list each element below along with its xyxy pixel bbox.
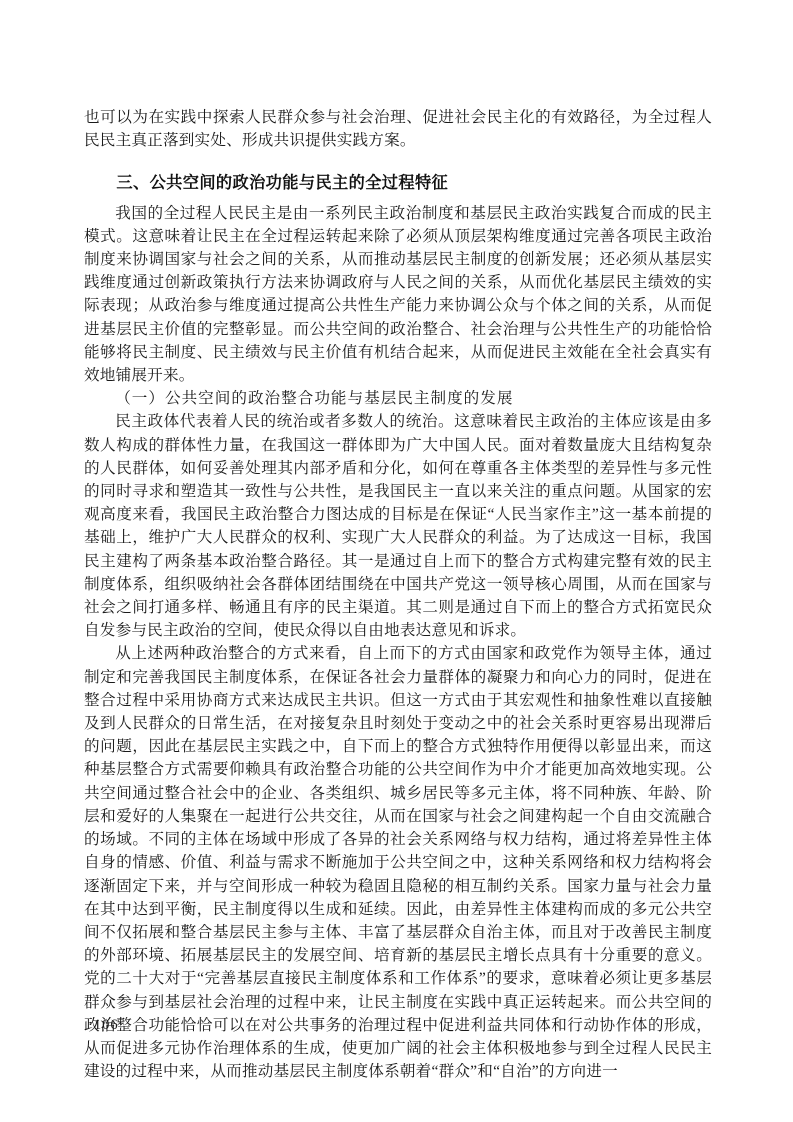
subsection-heading: （一）公共空间的政治整合功能与基层民主制度的发展 <box>84 387 712 410</box>
paragraph-2: 民主政体代表着人民的统治或者多数人的统治。这意味着民主政治的主体应该是由多数人构… <box>84 410 712 642</box>
section-heading: 三、公共空间的政治功能与民主的全过程特征 <box>84 152 712 201</box>
paragraph-1: 我国的全过程人民民主是由一系列民主政治制度和基层民主政治实践复合而成的民主模式。… <box>84 202 712 388</box>
continuation-paragraph: 也可以为在实践中探索人民群众参与社会治理、促进社会民主化的有效路径，为全过程人民… <box>84 106 712 152</box>
text-column: 也可以为在实践中探索人民群众参与社会治理、促进社会民主化的有效路径，为全过程人民… <box>84 106 712 1083</box>
paragraph-3: 从上述两种政治整合的方式来看，自上而下的方式由国家和政党作为领导主体，通过制定和… <box>84 642 712 1083</box>
paper-page: 也可以为在实践中探索人民群众参与社会治理、促进社会民主化的有效路径，为全过程人民… <box>0 0 793 1122</box>
page-number: ·106· <box>88 1014 124 1037</box>
